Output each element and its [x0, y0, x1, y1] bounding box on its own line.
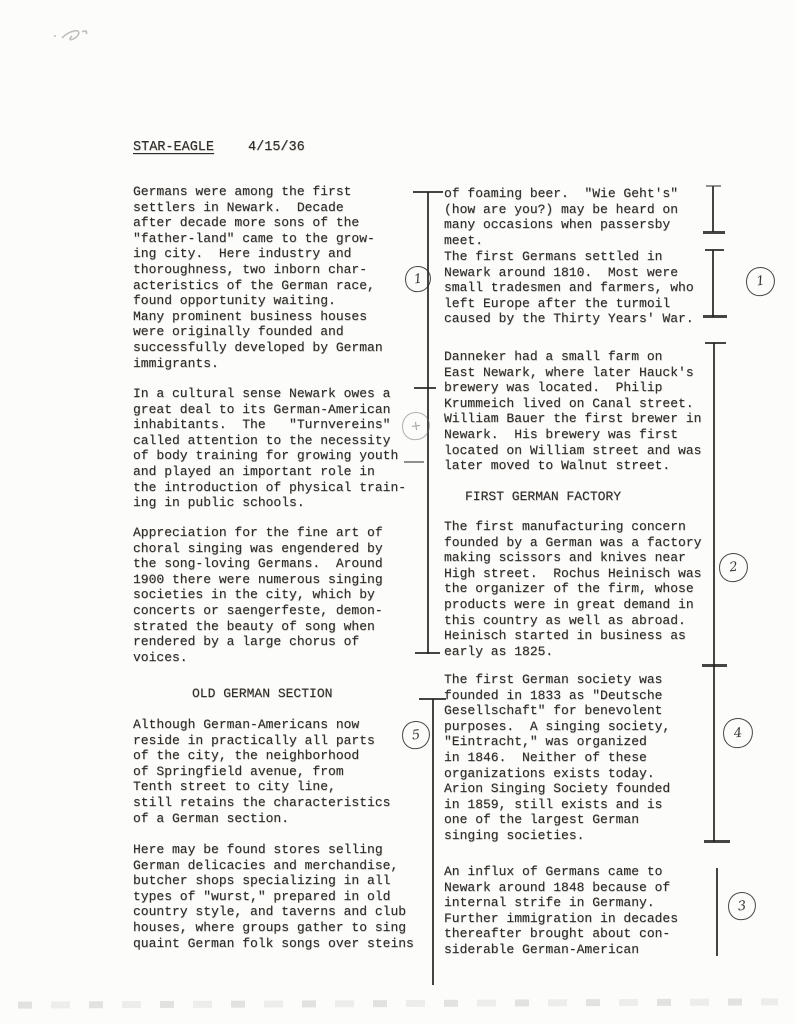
margin-rule-d — [716, 868, 718, 956]
right-paragraph-3: Danneker had a small farm on East Newark… — [444, 349, 701, 474]
margin-circled-number-4-label: 4 — [733, 725, 743, 741]
right-paragraph-5: The first German society was founded in … — [444, 672, 670, 844]
gutter-left-dash — [404, 461, 424, 463]
masthead: STAR-EAGLE4/15/36 — [133, 140, 305, 155]
gutter-rule-bottom-serif — [415, 652, 440, 654]
right-section-heading: FIRST GERMAN FACTORY — [465, 489, 621, 505]
scan-artifact-band — [18, 998, 778, 1008]
gutter-rule-top-serif — [413, 191, 443, 193]
gutter-rule-bottom-top-serif — [419, 698, 446, 700]
pencil-scribble — [48, 22, 108, 52]
margin-rule-c — [713, 343, 715, 842]
margin-circled-number-4: 4 — [721, 716, 754, 749]
right-paragraph-1: of foaming beer. "Wie Geht's" (how are y… — [444, 186, 678, 248]
scanned-document-page: STAR-EAGLE4/15/36 Germans were among the… — [0, 0, 796, 1024]
gutter-circled-number-5-label: 5 — [411, 727, 421, 743]
left-paragraph-1: Germans were among the first settlers in… — [133, 184, 383, 371]
margin-rule-b-top-serif — [705, 249, 724, 251]
margin-circled-number-1-label: 1 — [755, 274, 765, 290]
left-paragraph-5: Here may be found stores selling German … — [133, 842, 414, 951]
gutter-crossed-circle-label: + — [410, 418, 423, 434]
right-paragraph-6: An influx of Germans came to Newark arou… — [444, 864, 678, 958]
left-paragraph-3: Appreciation for the fine art of choral … — [133, 525, 383, 665]
margin-rule-a-bottom-serif — [703, 231, 725, 234]
margin-rule-c-top-serif — [705, 342, 726, 344]
margin-circled-number-1: 1 — [744, 265, 776, 297]
margin-rule-b-bottom-serif — [703, 315, 727, 318]
gutter-circled-number-5: 5 — [400, 719, 431, 750]
clipping-date: 4/15/36 — [248, 140, 305, 155]
gutter-circled-number-1-label: 1 — [413, 271, 423, 287]
margin-circled-number-2-label: 2 — [728, 560, 738, 576]
margin-rule-b — [712, 250, 714, 317]
gutter-rule-bottom — [432, 699, 434, 985]
margin-circled-number-3-label: 3 — [737, 898, 747, 914]
right-paragraph-4: The first manufacturing concern founded … — [444, 519, 701, 659]
publication-name: STAR-EAGLE — [133, 140, 214, 155]
margin-rule-c-cross-tick — [702, 664, 727, 667]
margin-circled-number-2: 2 — [717, 551, 749, 583]
left-section-heading: OLD GERMAN SECTION — [192, 686, 332, 702]
right-paragraph-2: The first Germans settled in Newark arou… — [444, 249, 694, 327]
left-paragraph-2: In a cultural sense Newark owes a great … — [133, 386, 406, 511]
margin-circled-number-3: 3 — [726, 890, 757, 921]
margin-rule-a — [712, 186, 714, 232]
gutter-rule-tick — [414, 387, 436, 389]
left-paragraph-4: Although German-Americans now reside in … — [133, 717, 390, 826]
margin-rule-a-top-serif — [706, 185, 721, 187]
margin-rule-c-bottom-serif — [704, 840, 730, 843]
